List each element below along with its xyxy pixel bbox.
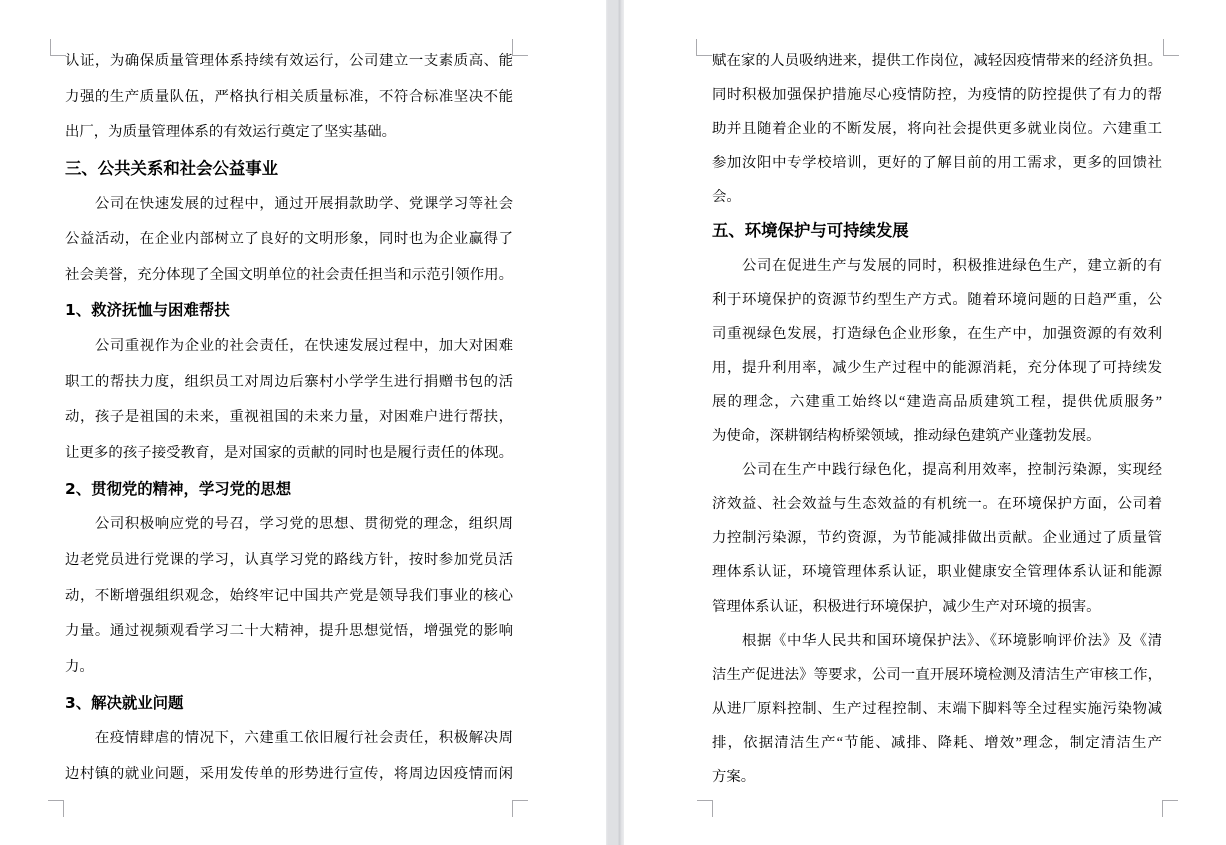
text-boundary-mark-bottom-right [512, 800, 528, 817]
text-line: 公司在促进生产与发展的同时，积极推进绿色生产，建立新的有 [712, 249, 1162, 283]
text-line: 在疫情肆虐的情况下，六建重工依旧履行社会责任，积极解决周 [65, 721, 513, 757]
heading-line: 2、贯彻党的精神，学习党的思想 [65, 472, 513, 508]
text-boundary-mark-bottom-left [48, 800, 64, 817]
text-line: 同时积极加强保护措施尽心疫情防控，为疫情的防控提供了有力的帮 [712, 78, 1162, 112]
document-page-left: 认证，为确保质量管理体系持续有效运行，公司建立一支素质高、能力强的生产质量队伍，… [0, 0, 606, 845]
document-page-right: 赋在家的人员吸纳进来，提供工作岗位，减轻因疫情带来的经济负担。同时积极加强保护措… [624, 0, 1226, 845]
text-line: 公司积极响应党的号召，学习党的思想、贯彻党的理念，组织周 [65, 507, 513, 543]
text-line: 力强的生产质量队伍，严格执行相关质量标准，不符合标准坚决不能 [65, 80, 513, 116]
text-line: 展的理念，六建重工始终以“建造高品质建筑工程，提供优质服务” [712, 385, 1162, 419]
text-line: 司重视绿色发展，打造绿色企业形象，在生产中，加强资源的有效利 [712, 317, 1162, 351]
text-line: 让更多的孩子接受教育，是对国家的贡献的同时也是履行责任的体现。 [65, 436, 513, 472]
heading-line: 五、环境保护与可持续发展 [712, 214, 1162, 248]
text-line: 公司重视作为企业的社会责任，在快速发展过程中，加大对困难 [65, 329, 513, 365]
text-line: 用，提升利用率，减少生产过程中的能源消耗，充分体现了可持续发 [712, 351, 1162, 385]
text-line: 利于环境保护的资源节约型生产方式。随着环境问题的日趋严重，公 [712, 283, 1162, 317]
text-boundary-mark-top-right [512, 39, 528, 56]
text-line: 排，依据清洁生产“节能、减排、降耗、增效”理念，制定清洁生产 [712, 726, 1162, 760]
text-line: 助并且随着企业的不断发展，将向社会提供更多就业岗位。六建重工 [712, 112, 1162, 146]
text-line: 职工的帮扶力度，组织员工对周边后寨村小学学生进行捐赠书包的活 [65, 365, 513, 401]
text-line: 理体系认证，环境管理体系认证，职业健康安全管理体系认证和能源 [712, 555, 1162, 589]
text-boundary-mark-top-right [1163, 39, 1179, 56]
text-line: 力量。通过视频观看学习二十大精神，提升思想觉悟，增强党的影响 [65, 614, 513, 650]
page-right-text-area: 赋在家的人员吸纳进来，提供工作岗位，减轻因疫情带来的经济负担。同时积极加强保护措… [712, 44, 1162, 794]
text-line: 动，孩子是祖国的未来，重视祖国的未来力量，对困难户进行帮扶， [65, 400, 513, 436]
page-left-text-area: 认证，为确保质量管理体系持续有效运行，公司建立一支素质高、能力强的生产质量队伍，… [65, 44, 513, 792]
text-line: 认证，为确保质量管理体系持续有效运行，公司建立一支素质高、能 [65, 44, 513, 80]
text-line: 方案。 [712, 760, 1162, 794]
text-line: 为使命，深耕钢结构桥梁领域，推动绿色建筑产业蓬勃发展。 [712, 419, 1162, 453]
text-boundary-mark-bottom-left [697, 800, 713, 817]
text-line: 公司在快速发展的过程中，通过开展捐款助学、党课学习等社会 [65, 187, 513, 223]
text-line: 会。 [712, 180, 1162, 214]
text-line: 力控制污染源，节约资源，为节能减排做出贡献。企业通过了质量管 [712, 521, 1162, 555]
heading-line: 3、解决就业问题 [65, 686, 513, 722]
text-line: 公益活动，在企业内部树立了良好的文明形象，同时也为企业赢得了 [65, 222, 513, 258]
text-line: 从进厂原料控制、生产过程控制、末端下脚料等全过程实施污染物减 [712, 692, 1162, 726]
text-line: 边村镇的就业问题，采用发传单的形势进行宣传，将周边因疫情而闲 [65, 757, 513, 793]
text-line: 管理体系认证，积极进行环境保护，减少生产对环境的损害。 [712, 590, 1162, 624]
text-line: 公司在生产中践行绿色化，提高利用效率，控制污染源，实现经 [712, 453, 1162, 487]
text-line: 边老党员进行党课的学习，认真学习党的路线方针，按时参加党员活 [65, 543, 513, 579]
text-boundary-mark-top-left [50, 39, 66, 56]
text-line: 济效益、社会效益与生态效益的有机统一。在环境保护方面，公司着 [712, 487, 1162, 521]
heading-line: 三、公共关系和社会公益事业 [65, 151, 513, 187]
text-line: 根据《中华人民共和国环境保护法》、《环境影响评价法》及《清 [712, 624, 1162, 658]
page-gutter [606, 0, 624, 845]
text-line: 赋在家的人员吸纳进来，提供工作岗位，减轻因疫情带来的经济负担。 [712, 44, 1162, 78]
text-line: 力。 [65, 650, 513, 686]
heading-line: 1、救济抚恤与困难帮扶 [65, 293, 513, 329]
text-line: 参加汝阳中专学校培训，更好的了解目前的用工需求，更多的回馈社 [712, 146, 1162, 180]
text-boundary-mark-bottom-right [1162, 800, 1178, 817]
document-viewer: 认证，为确保质量管理体系持续有效运行，公司建立一支素质高、能力强的生产质量队伍，… [0, 0, 1226, 845]
text-boundary-mark-top-left [696, 39, 712, 56]
text-line: 洁生产促进法》等要求，公司一直开展环境检测及清洁生产审核工作， [712, 658, 1162, 692]
text-line: 动，不断增强组织观念，始终牢记中国共产党是领导我们事业的核心 [65, 579, 513, 615]
text-line: 社会美誉，充分体现了全国文明单位的社会责任担当和示范引领作用。 [65, 258, 513, 294]
text-line: 出厂，为质量管理体系的有效运行奠定了坚实基础。 [65, 115, 513, 151]
